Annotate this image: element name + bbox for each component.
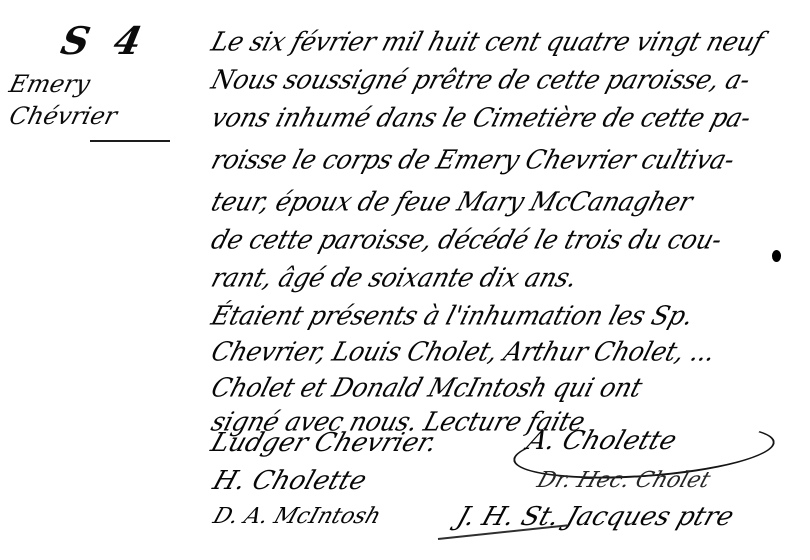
signature: J. H. St. Jacques ptre [453, 502, 737, 532]
body-line: vons inhumé dans le Cimetière de cette p… [208, 103, 754, 133]
margin-underline [90, 140, 170, 142]
entry-number: S 4 [57, 18, 152, 63]
signature: H. Cholette [209, 466, 370, 496]
body-line: Nous soussigné prêtre de cette paroisse,… [208, 65, 754, 95]
register-page: S 4 Emery Chévrier Le six février mil hu… [0, 0, 810, 560]
body-line: Chevrier, Louis Cholet, Arthur Cholet, .… [208, 337, 719, 367]
margin-name-first: Emery [7, 70, 93, 98]
signature-block: Ludger Chevrier. A. Cholette H. Cholette… [208, 420, 808, 560]
body-line: de cette paroisse, décédé le trois du co… [208, 225, 725, 255]
margin-name-last: Chévrier [7, 102, 120, 130]
signature: A. Cholette [523, 426, 680, 456]
body-line: roisse le corps de Emery Chevrier cultiv… [208, 145, 738, 175]
signature: Ludger Chevrier. [207, 428, 441, 458]
body-line: Étaient présents à l'inhumation les Sp. [208, 301, 697, 331]
body-line: rant, âgé de soixante dix ans. [208, 263, 581, 293]
body-line: teur, époux de feue Mary McCanagher [208, 187, 696, 217]
signature: Dr. Hec. Cholet [534, 468, 714, 493]
signature: D. A. McIntosh [210, 504, 384, 529]
body-line: Cholet et Donald McIntosh qui ont [208, 373, 646, 403]
body-line: Le six février mil huit cent quatre ving… [208, 27, 767, 57]
ink-blot [772, 250, 781, 262]
